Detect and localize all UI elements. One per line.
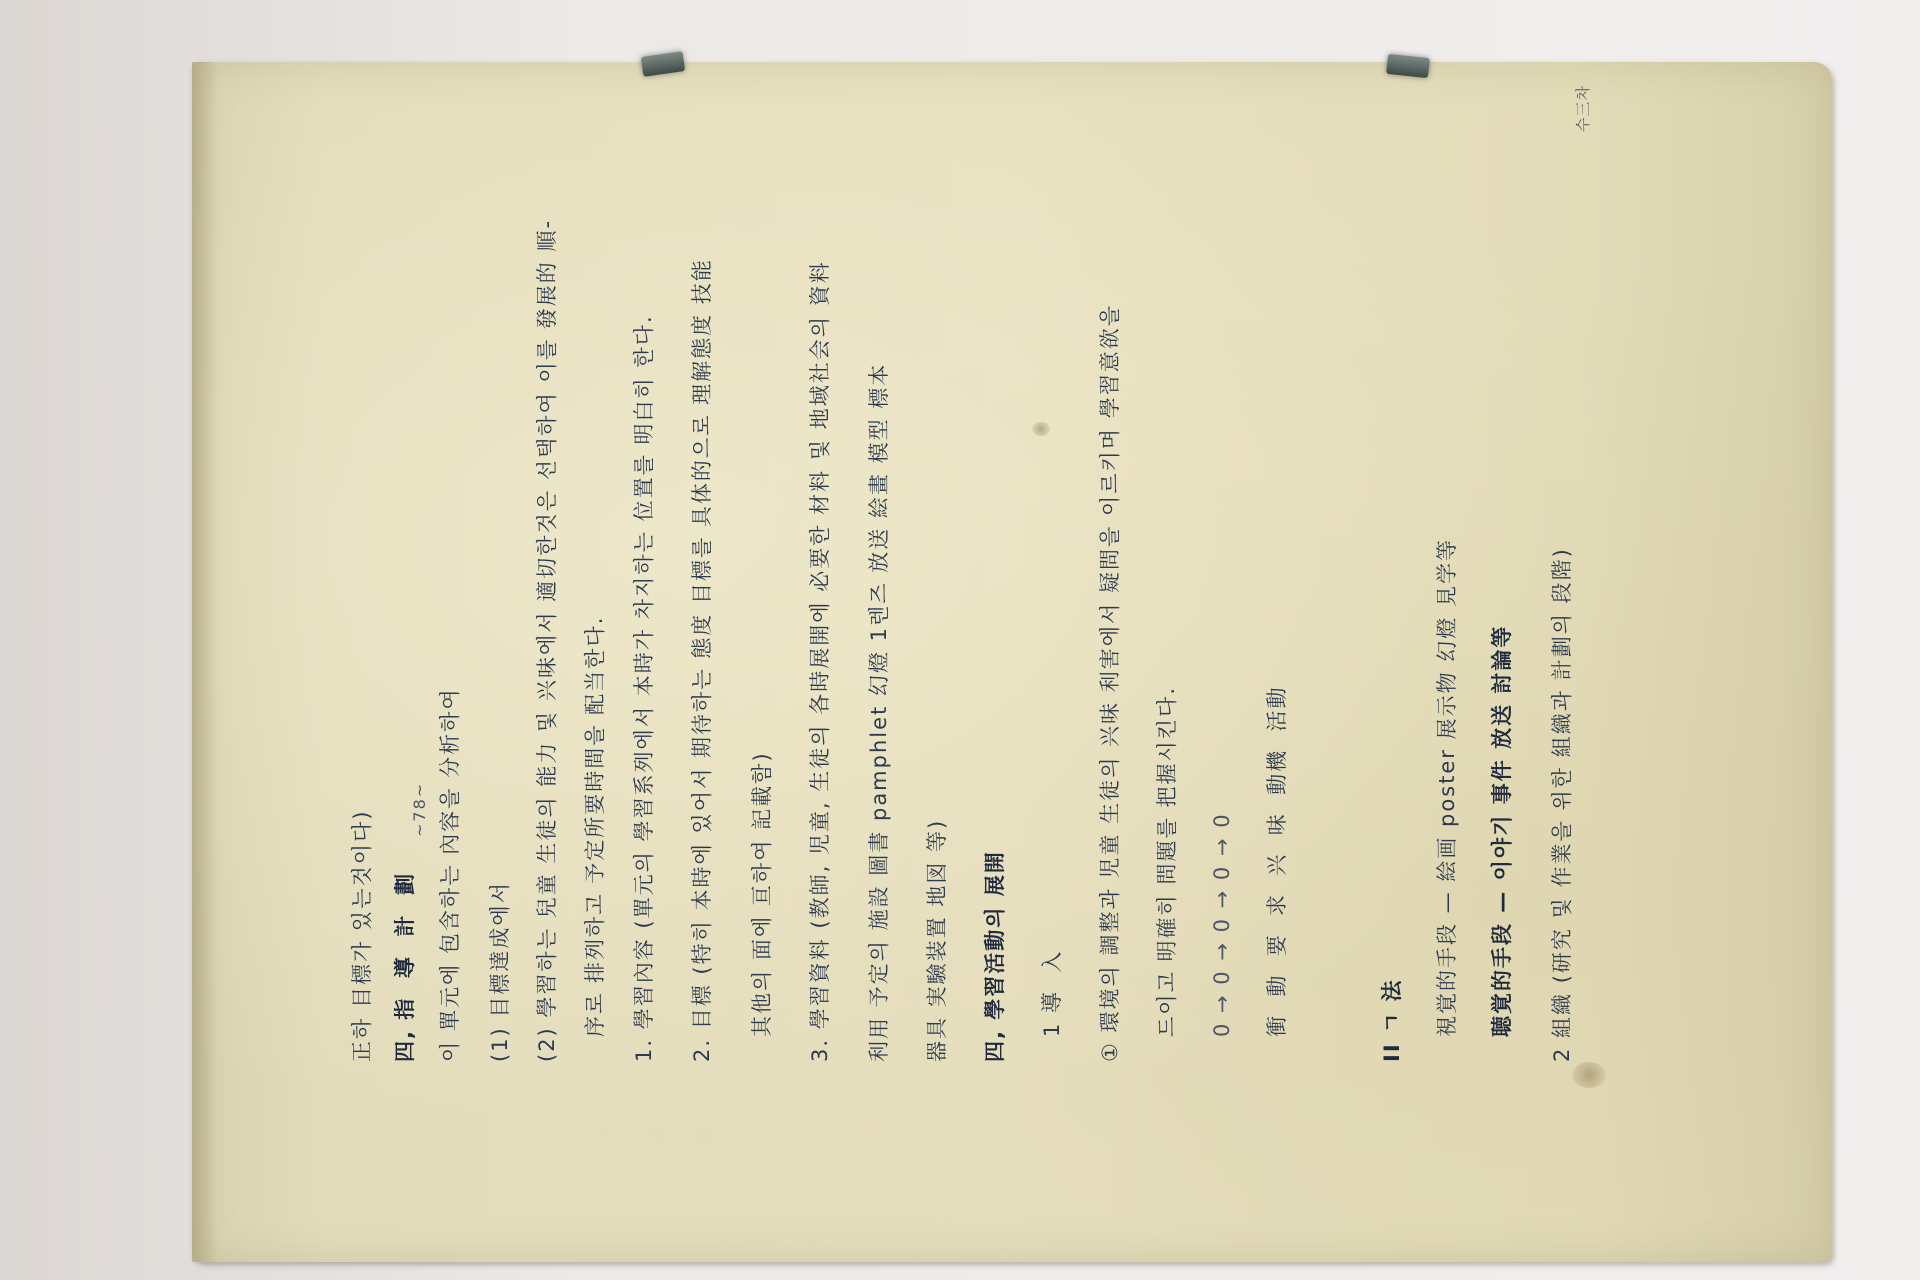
section-heading: 四, 學習活動의 展開 [985,850,1006,1062]
flow-labels: 衝 動 要 求 兴 味 動機 活動 [1267,686,1288,1037]
text-line: (2) 學習하는 兒童 生徒의 能力 및 兴味에서 適切한것은 선택하여 이를 … [537,219,558,1062]
text-line: 視覚的手段 — 絵画 poster 展示物 幻燈 見学等 [1437,538,1458,1037]
text-line: 3. 學習資料 (教師, 児童, 生徒의 各時展開에 必要한 材料 및 地域社会… [810,260,831,1062]
text-line: 聴覚的手段 — 이야기 事件 放送 討論等 [1492,625,1513,1037]
text-line: (1) 目標達成에서 [490,881,511,1062]
text-line: ① 環境의 調整과 児童 生徒의 兴味 利害에서 疑問을 이르키며 學習意欲을 [1100,304,1121,1062]
text-line: 其他의 面에 亘하여 記載함) [752,751,773,1037]
document-page: 수三차 ~78~ 正하 目標가 있는것이다) 四, 指 導 計 劃 이 單元에 … [192,62,1832,1262]
text-line: 1 導 入 [1042,950,1063,1037]
text-line: 正하 目標가 있는것이다) [352,809,373,1062]
section-heading: II ㄱ 法 [1382,978,1403,1062]
page-number: ~78~ [412,782,428,837]
text-line: 序로 排列하고 予定所要時間을 配当한다. [585,616,606,1037]
text-line: 利用 予定의 施設 圖書 pamphlet 幻燈 1렌즈 放送 絵畫 模型 標本 [869,363,890,1062]
text-line: 2 組織 (研究 및 作業을 위한 組織과 計劃의 段階) [1552,547,1573,1062]
flow-diagram: 0 → 0 → 0 → 0 → 0 [1212,812,1233,1037]
text-line: 器具 実驗装置 地図 等) [927,819,948,1062]
text-line: 드이고 明確히 問題를 把握시킨다. [1157,686,1178,1037]
document-text: ~78~ 正하 目標가 있는것이다) 四, 指 導 計 劃 이 單元에 包含하는… [192,62,1832,1262]
section-heading: 四, 指 導 計 劃 [395,872,416,1062]
text-line: 2. 目標 (特히 本時에 있어서 期待하는 態度 目標를 具体的으로 理解態度… [692,258,713,1062]
text-line: 1. 學習內容 (單元의 學習系列에서 本時가 차지하는 位置를 明白히 한다. [634,314,655,1062]
text-line: 이 單元에 包含하는 內容을 分析하여 [440,687,461,1062]
